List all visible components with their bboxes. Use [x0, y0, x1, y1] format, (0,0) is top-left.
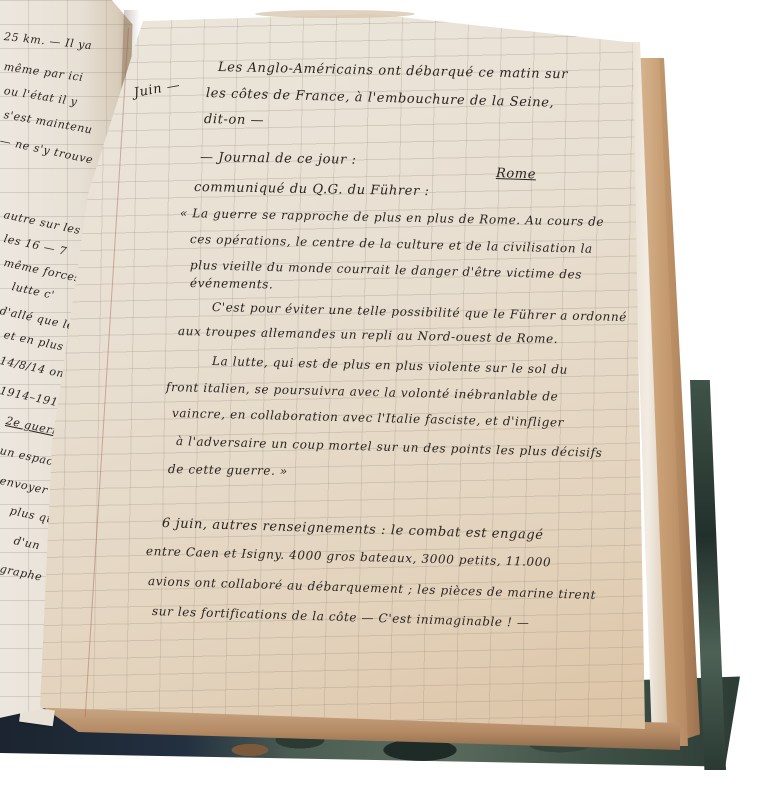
photo-scene: 25 km. — Il ya même par ici ou l'état il… — [0, 0, 768, 800]
side-note: Rome — [496, 166, 537, 182]
entry-heading: — Journal de ce jour : — [200, 150, 357, 168]
page-top-edge — [255, 10, 415, 18]
entry-line: de cette guerre. » — [168, 462, 288, 478]
entry-line: événements. — [190, 276, 274, 291]
entry-line: dit-on — — [204, 112, 265, 128]
